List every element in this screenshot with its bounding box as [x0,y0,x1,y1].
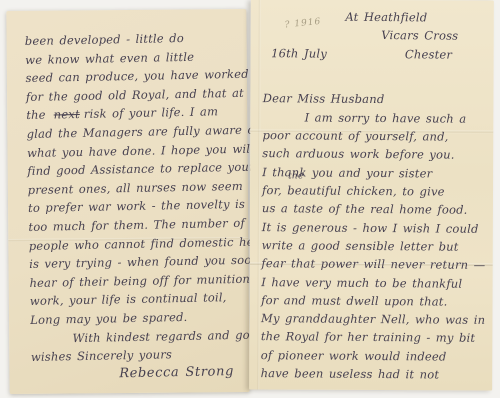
letter-page-left: been developed - little do we know what … [6,9,249,394]
letter-line-text: for, beautiful chicken, to give [262,183,445,198]
strike-line-after: risk of your life. I am [84,105,219,122]
letter-line: such arduous work before you. [262,145,489,165]
address-line: Vicars Cross [263,25,490,45]
letter-line: fear that power will never return — [261,254,488,274]
letter-line: I am sorry to have such a [263,108,490,128]
letter-scan: been developed - little do we know what … [0,0,500,398]
letter-line: for and must dwell upon that. [261,291,488,311]
letter-page-right: ? 1916 At Heathfield Vicars Cross 16th J… [249,0,494,391]
letter-line: It is generous - how I wish I could [262,218,489,238]
address-line: At Heathfield [263,7,490,27]
letter-line: have been useless had it not [261,364,488,384]
left-page-text: been developed - little do we know what … [25,28,246,385]
letter-line: us a taste of the real home food. [262,200,489,220]
strike-line-before: the [26,108,46,122]
address-line: Chester [327,44,452,63]
letter-line: I have very much to be thankful [261,273,488,293]
crossed-out-word: next [54,107,80,121]
letter-date: 16th July [263,44,327,63]
inserted-word: the [288,172,303,181]
letter-line-with-insertion: thefor, beautiful chicken, to give [262,181,489,201]
letter-line: poor account of yourself, and, [262,126,489,146]
letter-line: write a good sensible letter but [262,236,489,256]
letter-line: the Royal for her training - my bit [261,328,488,348]
salutation: Dear Miss Husband [263,88,490,110]
letter-line: My granddaughter Nell, who was in [261,309,488,329]
right-page-text: At Heathfield Vicars Cross 16th July Che… [261,7,491,384]
letter-line: of pioneer work would indeed [261,346,488,366]
